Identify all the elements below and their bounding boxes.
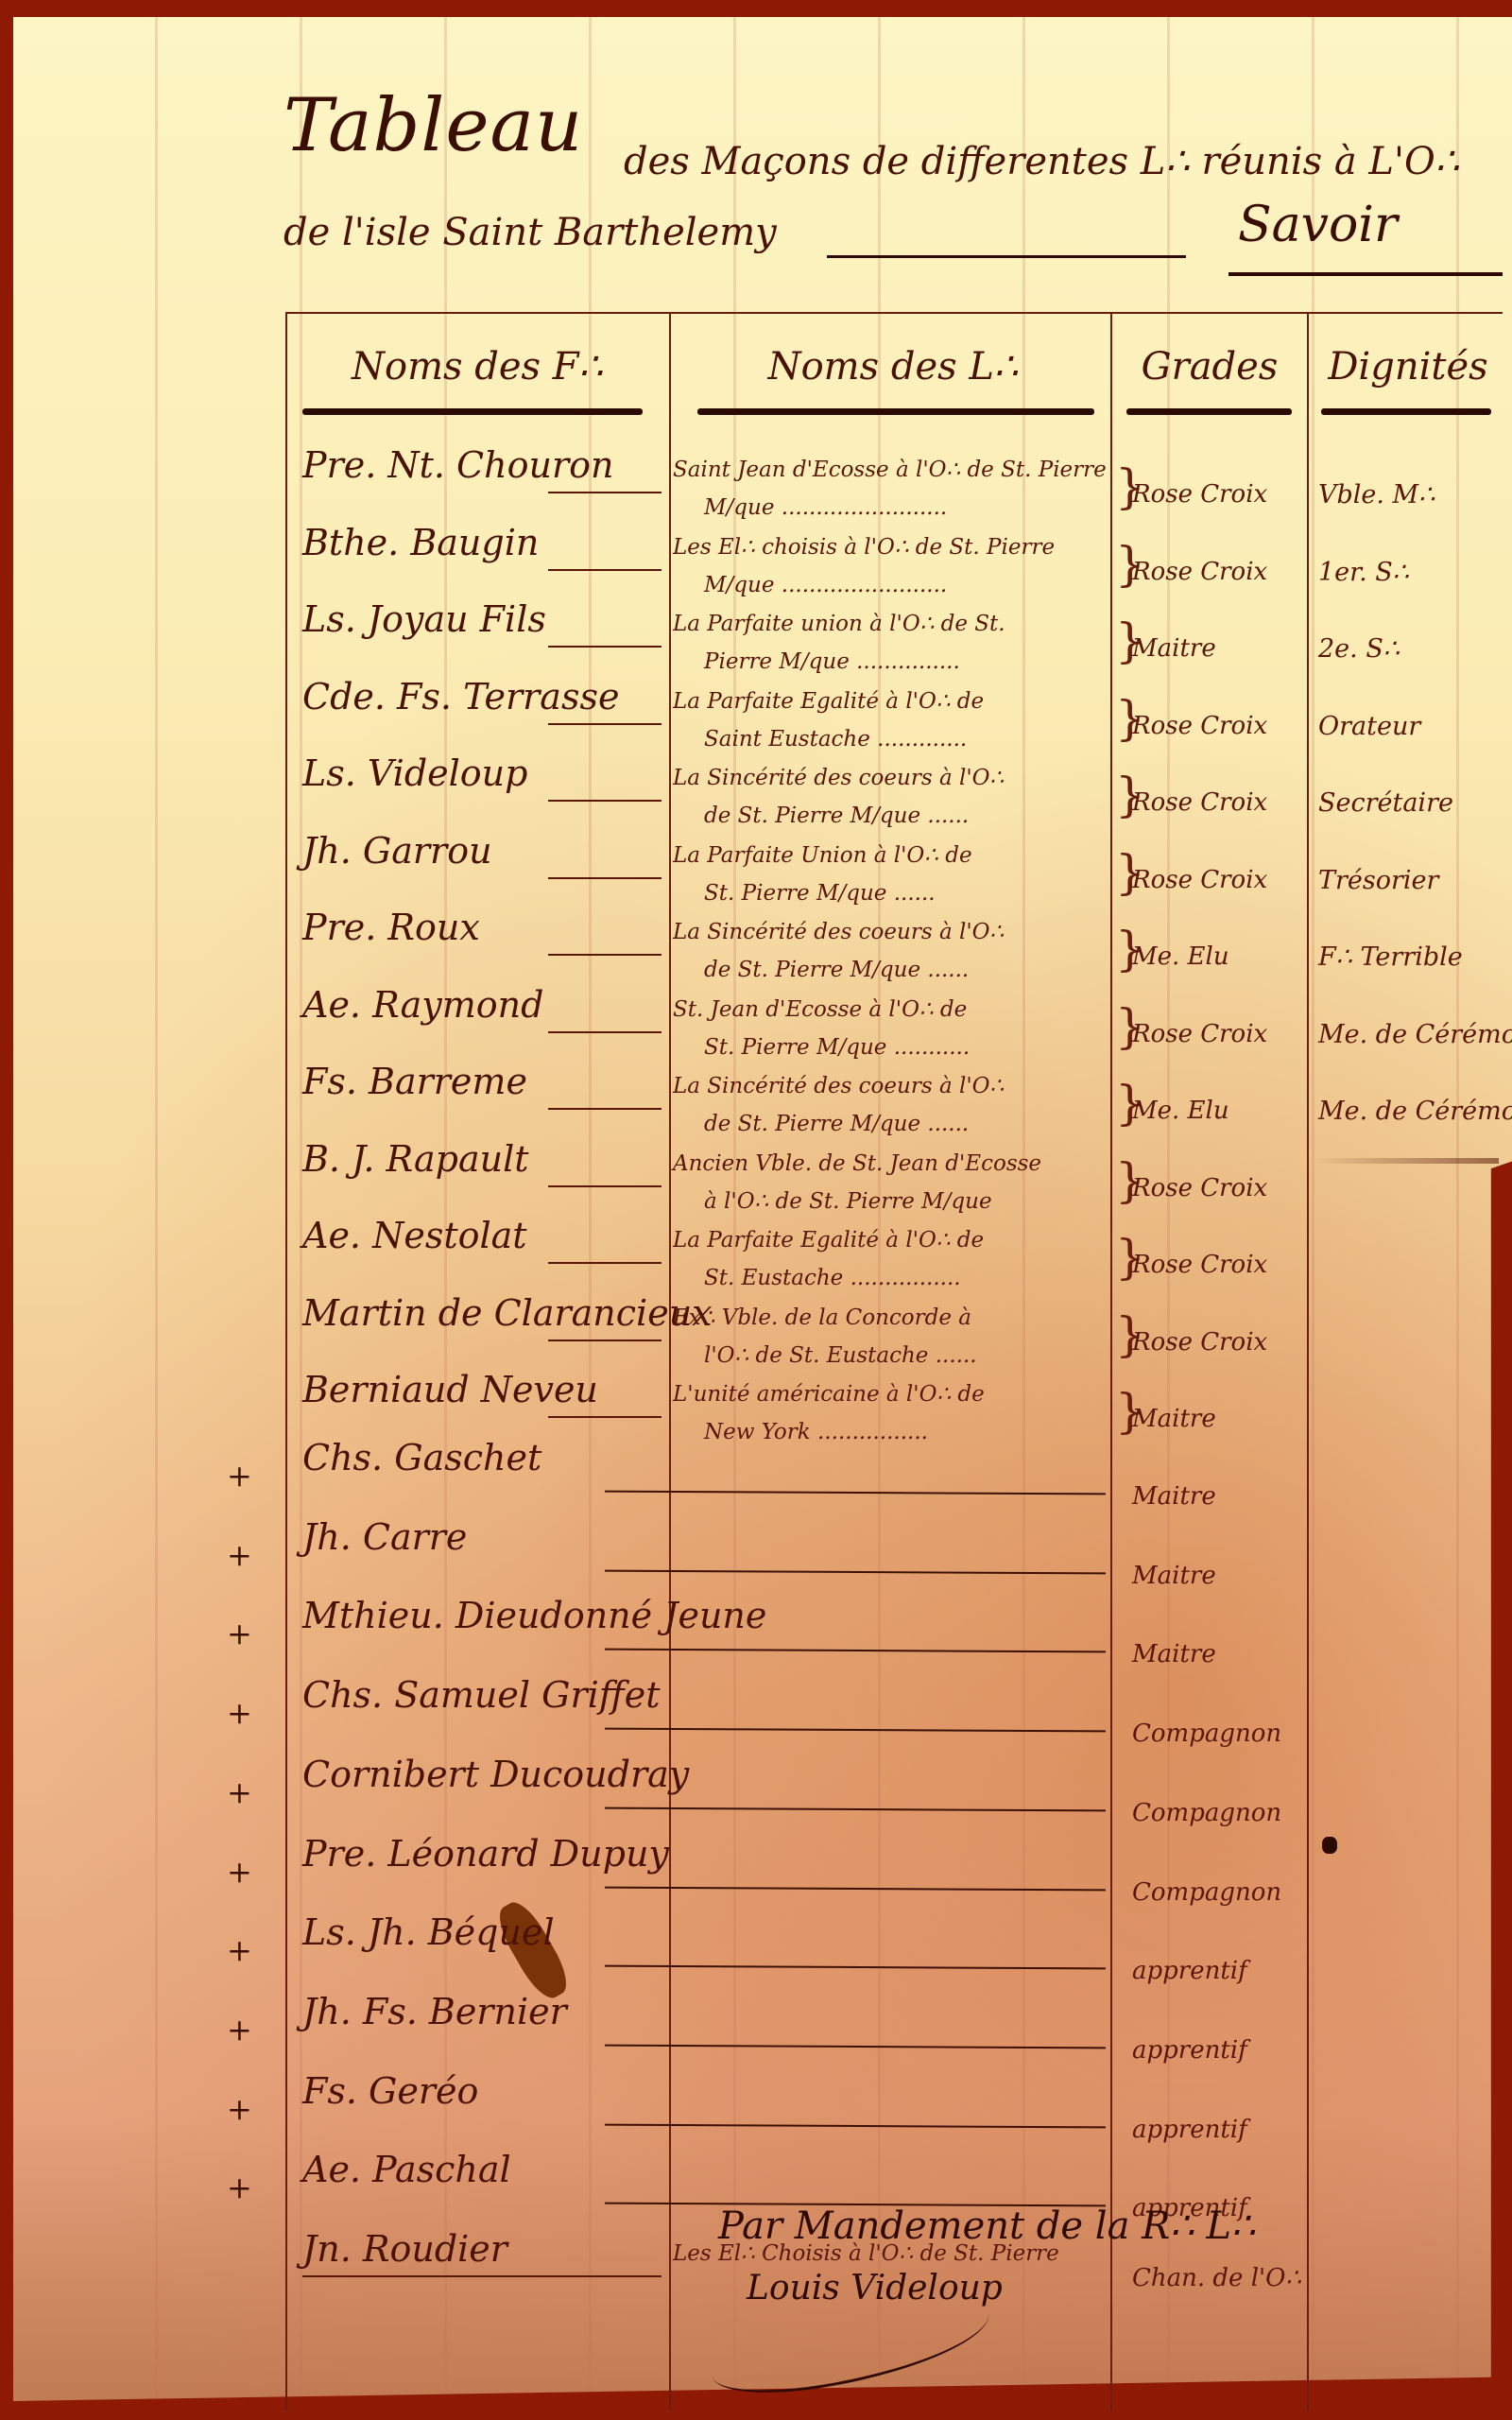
member-name: Bthe. Baugin bbox=[302, 522, 539, 563]
name-leader-line bbox=[548, 1108, 661, 1110]
lodge-line: St. Pierre M/que ...... bbox=[704, 875, 936, 911]
table-border-left bbox=[285, 312, 287, 2411]
cross-mark: + bbox=[227, 2012, 252, 2048]
name-leader-line bbox=[548, 569, 661, 571]
grade: Maitre bbox=[1132, 1482, 1216, 1511]
title-rule bbox=[827, 255, 1186, 258]
lodge-line: Les El∴ choisis à l'O∴ de St. Pierre bbox=[673, 529, 1055, 565]
member-name: Ls. Jh. Béquel bbox=[302, 1911, 555, 1953]
cross-mark: + bbox=[227, 1695, 252, 1731]
member-name: Cde. Fs. Terrasse bbox=[302, 676, 619, 717]
grade: Compagnon bbox=[1132, 1878, 1281, 1907]
grade: Maitre bbox=[1132, 1562, 1216, 1590]
cross-mark: + bbox=[227, 2091, 252, 2127]
grade: Rose Croix bbox=[1132, 712, 1267, 740]
member-name: Ae. Paschal bbox=[302, 2149, 511, 2190]
grade: Me. Elu bbox=[1132, 1097, 1229, 1125]
grade: Rose Croix bbox=[1132, 558, 1267, 586]
cross-mark: + bbox=[227, 1458, 252, 1494]
header-names-underline bbox=[302, 408, 643, 415]
lodge-line: L'unité américaine à l'O∴ de bbox=[673, 1376, 985, 1412]
grade: apprentif bbox=[1132, 2116, 1247, 2144]
lodge-line: La Sincérité des coeurs à l'O∴ bbox=[673, 760, 1004, 796]
ink-blot bbox=[1322, 1837, 1337, 1854]
lodge-line: St. Jean d'Ecosse à l'O∴ de bbox=[673, 992, 967, 1028]
lodge-line: Pierre M/que ............... bbox=[704, 644, 960, 680]
name-leader-line bbox=[548, 723, 661, 725]
member-name: Pre. Nt. Chouron bbox=[302, 444, 613, 486]
grade: Rose Croix bbox=[1132, 1020, 1267, 1048]
lodge-line: Ancien Vble. de St. Jean d'Ecosse bbox=[673, 1146, 1041, 1182]
name-leader-line bbox=[548, 1031, 661, 1033]
name-leader-line bbox=[548, 800, 661, 802]
grade: Rose Croix bbox=[1132, 480, 1267, 509]
lodge-line: de St. Pierre M/que ...... bbox=[704, 1106, 969, 1142]
header-lodges: Noms des L∴ bbox=[695, 345, 1091, 389]
lodge-line: de St. Pierre M/que ...... bbox=[704, 798, 969, 834]
header-lodges-underline bbox=[697, 408, 1094, 415]
member-name: Jh. Garrou bbox=[302, 830, 492, 872]
dignity: Trésorier bbox=[1318, 866, 1438, 895]
grade: Rose Croix bbox=[1132, 866, 1267, 894]
cross-mark: + bbox=[227, 1774, 252, 1810]
member-name: Ae. Nestolat bbox=[302, 1215, 527, 1256]
lodge-line: La Parfaite union à l'O∴ de St. bbox=[673, 606, 1005, 642]
member-name: B. J. Rapault bbox=[302, 1138, 529, 1180]
header-grades: Grades bbox=[1120, 345, 1299, 389]
lodge-line: New York ................ bbox=[704, 1414, 928, 1450]
dignity: Vble. M∴ bbox=[1318, 480, 1435, 510]
lodge-line: l'O∴ de St. Eustache ...... bbox=[704, 1338, 977, 1374]
name-leader-line bbox=[302, 2275, 661, 2277]
grade: Maitre bbox=[1132, 1405, 1216, 1433]
title-rest: des Maçons de differentes L∴ réunis à L'… bbox=[624, 140, 1459, 183]
dignity: Me. de Cérémo. bbox=[1318, 1097, 1512, 1126]
member-name: Fs. Barreme bbox=[302, 1061, 527, 1102]
member-name: Mthieu. Dieudonné Jeune bbox=[302, 1595, 766, 1636]
lodge-line: de St. Pierre M/que ...... bbox=[704, 952, 969, 988]
grade: Compagnon bbox=[1132, 1720, 1281, 1748]
member-name: Ae. Raymond bbox=[302, 984, 543, 1026]
lodge-line: La Parfaite Egalité à l'O∴ de bbox=[673, 1222, 984, 1258]
header-dignities-underline bbox=[1321, 408, 1491, 415]
grade: Me. Elu bbox=[1132, 942, 1229, 971]
member-name: Pre. Roux bbox=[302, 907, 480, 948]
dignity: 1er. S∴ bbox=[1318, 558, 1409, 587]
name-leader-line bbox=[548, 1185, 661, 1187]
grade: Rose Croix bbox=[1132, 788, 1267, 817]
cross-mark: + bbox=[227, 1932, 252, 1968]
member-name: Cornibert Ducoudray bbox=[302, 1754, 689, 1795]
member-name: Chs. Samuel Griffet bbox=[302, 1674, 660, 1716]
title-main: Tableau bbox=[283, 83, 583, 168]
grade: Rose Croix bbox=[1132, 1174, 1267, 1202]
grade: apprentif bbox=[1132, 1957, 1247, 1985]
header-dignities: Dignités bbox=[1314, 345, 1503, 389]
lodge-line: M/que ........................ bbox=[704, 567, 947, 603]
page-fold bbox=[1314, 1158, 1499, 1164]
dignity: Secrétaire bbox=[1318, 788, 1453, 818]
lodge-line: La Sincérité des coeurs à l'O∴ bbox=[673, 914, 1004, 950]
name-leader-line bbox=[548, 877, 661, 879]
grade: Rose Croix bbox=[1132, 1328, 1267, 1357]
name-leader-line bbox=[548, 1340, 661, 1341]
lodge-line: Saint Jean d'Ecosse à l'O∴ de St. Pierre bbox=[673, 452, 1107, 488]
name-leader-line bbox=[548, 646, 661, 648]
name-leader-line bbox=[548, 954, 661, 956]
member-name: Martin de Clarancieux bbox=[302, 1292, 713, 1334]
name-leader-line bbox=[548, 1416, 661, 1418]
member-name: Jh. Carre bbox=[302, 1516, 467, 1558]
cross-mark: + bbox=[227, 2169, 252, 2205]
dignity: 2e. S∴ bbox=[1318, 634, 1400, 664]
lodge-line: St. Pierre M/que ........... bbox=[704, 1029, 970, 1065]
name-leader-line bbox=[548, 492, 661, 493]
lodge-line: à l'O∴ de St. Pierre M/que bbox=[704, 1184, 992, 1219]
dignity: F∴ Terrible bbox=[1318, 942, 1463, 972]
grade: Maitre bbox=[1132, 634, 1216, 663]
lodge-line: St. Eustache ................ bbox=[704, 1260, 961, 1296]
member-name: Berniaud Neveu bbox=[302, 1369, 598, 1410]
dignity: Orateur bbox=[1318, 712, 1420, 741]
name-leader-line bbox=[548, 1262, 661, 1264]
grade: apprentif bbox=[1132, 2036, 1247, 2065]
title-line2: de l'isle Saint Barthelemy bbox=[283, 211, 777, 254]
cross-mark: + bbox=[227, 1616, 252, 1651]
member-name: Ls. Joyau Fils bbox=[302, 598, 546, 640]
lodge-line: La Parfaite Egalité à l'O∴ de bbox=[673, 683, 984, 719]
header-grades-underline bbox=[1126, 408, 1292, 415]
title-savoir: Savoir bbox=[1238, 197, 1398, 253]
member-name: Chs. Gaschet bbox=[302, 1437, 541, 1478]
grade: Chan. de l'O∴ bbox=[1132, 2264, 1301, 2292]
table-top-rule bbox=[285, 312, 1503, 314]
lodge-line: Ex∴ Vble. de la Concorde à bbox=[673, 1300, 971, 1336]
lodge-line: M/que ........................ bbox=[704, 490, 947, 526]
grade: Compagnon bbox=[1132, 1799, 1281, 1827]
column-divider-lodges bbox=[669, 312, 671, 2411]
header-names: Noms des F∴ bbox=[302, 345, 652, 389]
member-name: Pre. Léonard Dupuy bbox=[302, 1833, 669, 1875]
lodge-line: Saint Eustache ............. bbox=[704, 721, 967, 757]
cross-mark: + bbox=[227, 1537, 252, 1573]
lodge-line: La Parfaite Union à l'O∴ de bbox=[673, 838, 972, 873]
grade: Maitre bbox=[1132, 1640, 1216, 1668]
member-name: Jh. Fs. Bernier bbox=[302, 1991, 567, 2032]
cross-mark: + bbox=[227, 1854, 252, 1890]
lodge-line: La Sincérité des coeurs à l'O∴ bbox=[673, 1068, 1004, 1104]
dignity: Me. de Cérémo. bbox=[1318, 1020, 1512, 1049]
member-name: Jn. Roudier bbox=[302, 2228, 507, 2270]
closing-mandate: Par Mandement de la R∴ L∴ bbox=[718, 2204, 1255, 2248]
member-name: Ls. Videloup bbox=[302, 752, 527, 794]
column-divider-dignities bbox=[1307, 312, 1309, 2411]
member-name: Fs. Geréo bbox=[302, 2070, 478, 2112]
grade: Rose Croix bbox=[1132, 1251, 1267, 1279]
column-divider-grades bbox=[1110, 312, 1112, 2411]
title-savoir-rule bbox=[1228, 272, 1503, 276]
